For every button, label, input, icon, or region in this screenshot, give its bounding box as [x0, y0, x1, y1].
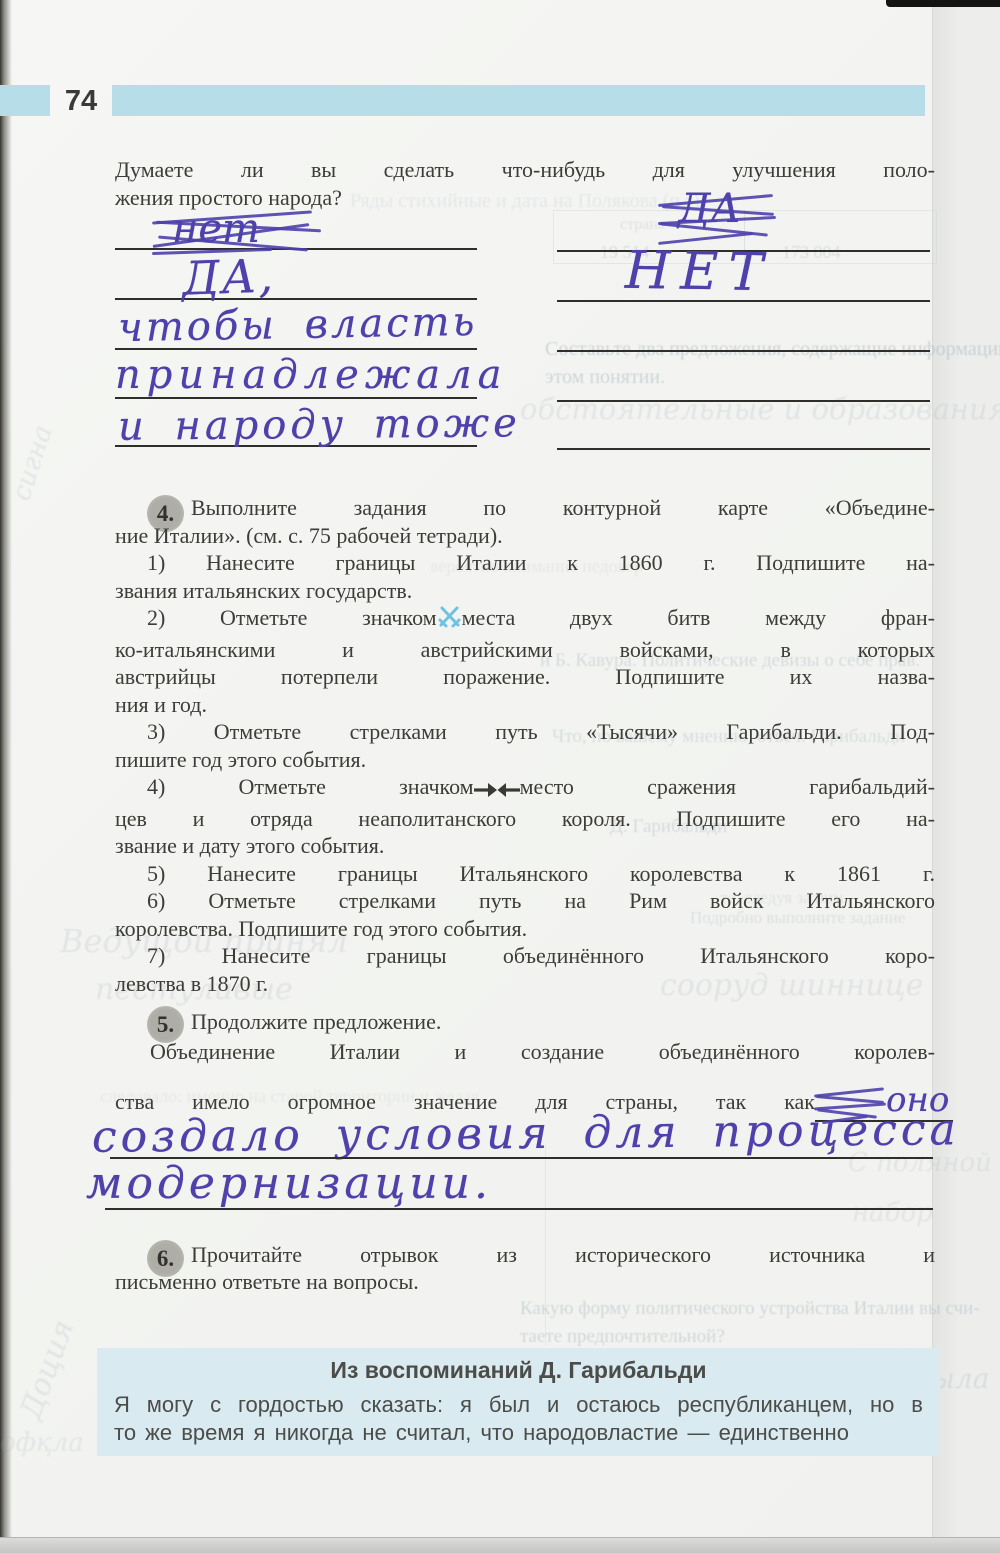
task4-line: 2) Отметьте значкомместа двух битв между…	[115, 604, 935, 636]
workbook-scanned-page: Ряды стихийные и дата на Полякова (п з)с…	[0, 0, 1000, 1553]
task4-line-text: 7) Нанесите границы объединённого Италья…	[147, 943, 935, 968]
bleedthrough-text: Какую форму политического устройства Ита…	[520, 1298, 980, 1320]
task4-line: цев и отряда неаполитанского короля. Под…	[115, 805, 935, 833]
task4-line-text: австрийцы потерпели поражение. Подпишите…	[115, 664, 935, 689]
task5-line: Объединение Италии и создание объединённ…	[150, 1038, 935, 1066]
handwritten-answer-line: принадлежала	[115, 352, 507, 398]
task4-line-text: левства в 1870 г.	[115, 971, 268, 996]
page-number: 74	[50, 84, 112, 118]
task5-line: Продолжите предложение.	[115, 1008, 935, 1036]
handwritten-answer-line: модернизации.	[86, 1158, 492, 1209]
bleedthrough-text: сигна	[6, 422, 58, 505]
book-spine-shadow	[0, 0, 12, 1553]
scan-artifact-black-mark	[886, 0, 1000, 7]
task6-line: письменно ответьте на вопросы.	[115, 1268, 935, 1296]
quote-title: Из воспоминаний Д. Гарибальди	[97, 1357, 940, 1384]
task4-line: королевства. Подпишите год этого события…	[115, 915, 935, 943]
task4-line: звания итальянских государств.	[115, 577, 935, 605]
scan-background-strip	[0, 1537, 1000, 1553]
quote-line: Я могу с гордостью сказать: я был и оста…	[97, 1391, 940, 1419]
handwritten-da: ДА,	[181, 248, 276, 305]
task4-line-text: ние Италии». (см. с. 75 рабочей тетради)…	[115, 523, 503, 548]
task4-line: 6) Отметьте стрелками путь на Рим войск …	[115, 887, 935, 915]
handwritten-answer-line: и народу тоже	[118, 400, 521, 450]
task4-line-text: 6) Отметьте стрелками путь на Рим войск …	[147, 888, 935, 913]
task4-line-text: звания итальянских государств.	[115, 578, 412, 603]
header-band-right	[112, 85, 925, 116]
page-right-edge	[932, 6, 1000, 1538]
quote-line: то же время я никогда не считал, что нар…	[97, 1419, 940, 1447]
task4-line: ко-итальянскими и австрийскими войсками,…	[115, 636, 935, 664]
handwritten-answer-line: создало условия для процесса	[92, 1104, 960, 1163]
task4-line-text: 1) Нанесите границы Италии к 1860 г. Под…	[147, 550, 935, 575]
handwritten-answer-line: чтобы власть	[118, 299, 478, 351]
task4-line-text: Выполните задания по контурной карте «Об…	[191, 495, 935, 520]
bleedthrough-text: Доция	[13, 1315, 81, 1423]
task4-line-text: 5) Нанесите границы Итальянского королев…	[147, 861, 935, 886]
question-line: Думаете ли вы сделать что-нибудь для улу…	[115, 156, 935, 184]
task4-line-text: цев и отряда неаполитанского короля. Под…	[115, 806, 935, 831]
bleedthrough-text: обстоятельные и образования смягчи	[520, 392, 1000, 426]
task4-line-text: 2) Отметьте значком	[147, 605, 437, 630]
task4-line-text: 3) Отметьте стрелками путь «Тысячи» Гари…	[147, 719, 935, 744]
handwritten-net: НЕТ	[624, 241, 773, 304]
task4-line-text: 4) Отметьте значком	[147, 774, 474, 799]
task4-line: австрийцы потерпели поражение. Подпишите…	[115, 663, 935, 691]
task4-line-text: ко-итальянскими и австрийскими войсками,…	[115, 637, 935, 662]
task4-line-text: пишите год этого события.	[115, 747, 366, 772]
header-band-left	[0, 85, 50, 116]
bleedthrough-text: 173 004	[782, 242, 841, 263]
task4-line: ния и год.	[115, 691, 935, 719]
scribble-strikethrough	[658, 194, 780, 244]
task4-line: Выполните задания по контурной карте «Об…	[115, 494, 935, 522]
answer-line	[557, 448, 930, 450]
crossed-swords-icon	[437, 604, 462, 636]
task4-line: ние Италии». (см. с. 75 рабочей тетради)…	[115, 522, 935, 550]
bleedthrough-text: набор	[852, 1198, 933, 1228]
task4-line-text: места двух битв между фран-	[462, 605, 935, 630]
answer-line	[557, 400, 930, 402]
task4-line: 3) Отметьте стрелками путь «Тысячи» Гари…	[115, 718, 935, 746]
task4-line: 5) Нанесите границы Итальянского королев…	[115, 860, 935, 888]
task4-line-text: королевства. Подпишите год этого события…	[115, 916, 527, 941]
answer-line	[557, 350, 930, 352]
task4-line-text: звание и дату этого события.	[115, 833, 384, 858]
task4-line-text: ния и год.	[115, 692, 207, 717]
answer-line	[105, 1208, 933, 1210]
task4-line: 1) Нанесите границы Италии к 1860 г. Под…	[115, 549, 935, 577]
task6-line: Прочитайте отрывок из исторического исто…	[115, 1241, 935, 1269]
task4-line: звание и дату этого события.	[115, 832, 935, 860]
opposing-arrows-icon	[474, 777, 520, 805]
bleedthrough-text: таете предпочтительной?	[520, 1326, 725, 1348]
bleedthrough-text: офқла	[0, 1428, 84, 1458]
task4-line: пишите год этого события.	[115, 746, 935, 774]
task4-line-text: место сражения гарибальдий-	[520, 774, 935, 799]
task4-line: левства в 1870 г.	[115, 970, 935, 998]
task4-line: 7) Нанесите границы объединённого Италья…	[115, 942, 935, 970]
task4-block: Выполните задания по контурной карте «Об…	[115, 494, 935, 997]
source-quote-box: Из воспоминаний Д. Гарибальди Я могу с г…	[97, 1348, 940, 1456]
question-block: Думаете ли вы сделать что-нибудь для улу…	[115, 156, 935, 211]
bleedthrough-text: этом понятии.	[545, 366, 665, 389]
task4-line: 4) Отметьте значкомместо сражения гариба…	[115, 773, 935, 805]
